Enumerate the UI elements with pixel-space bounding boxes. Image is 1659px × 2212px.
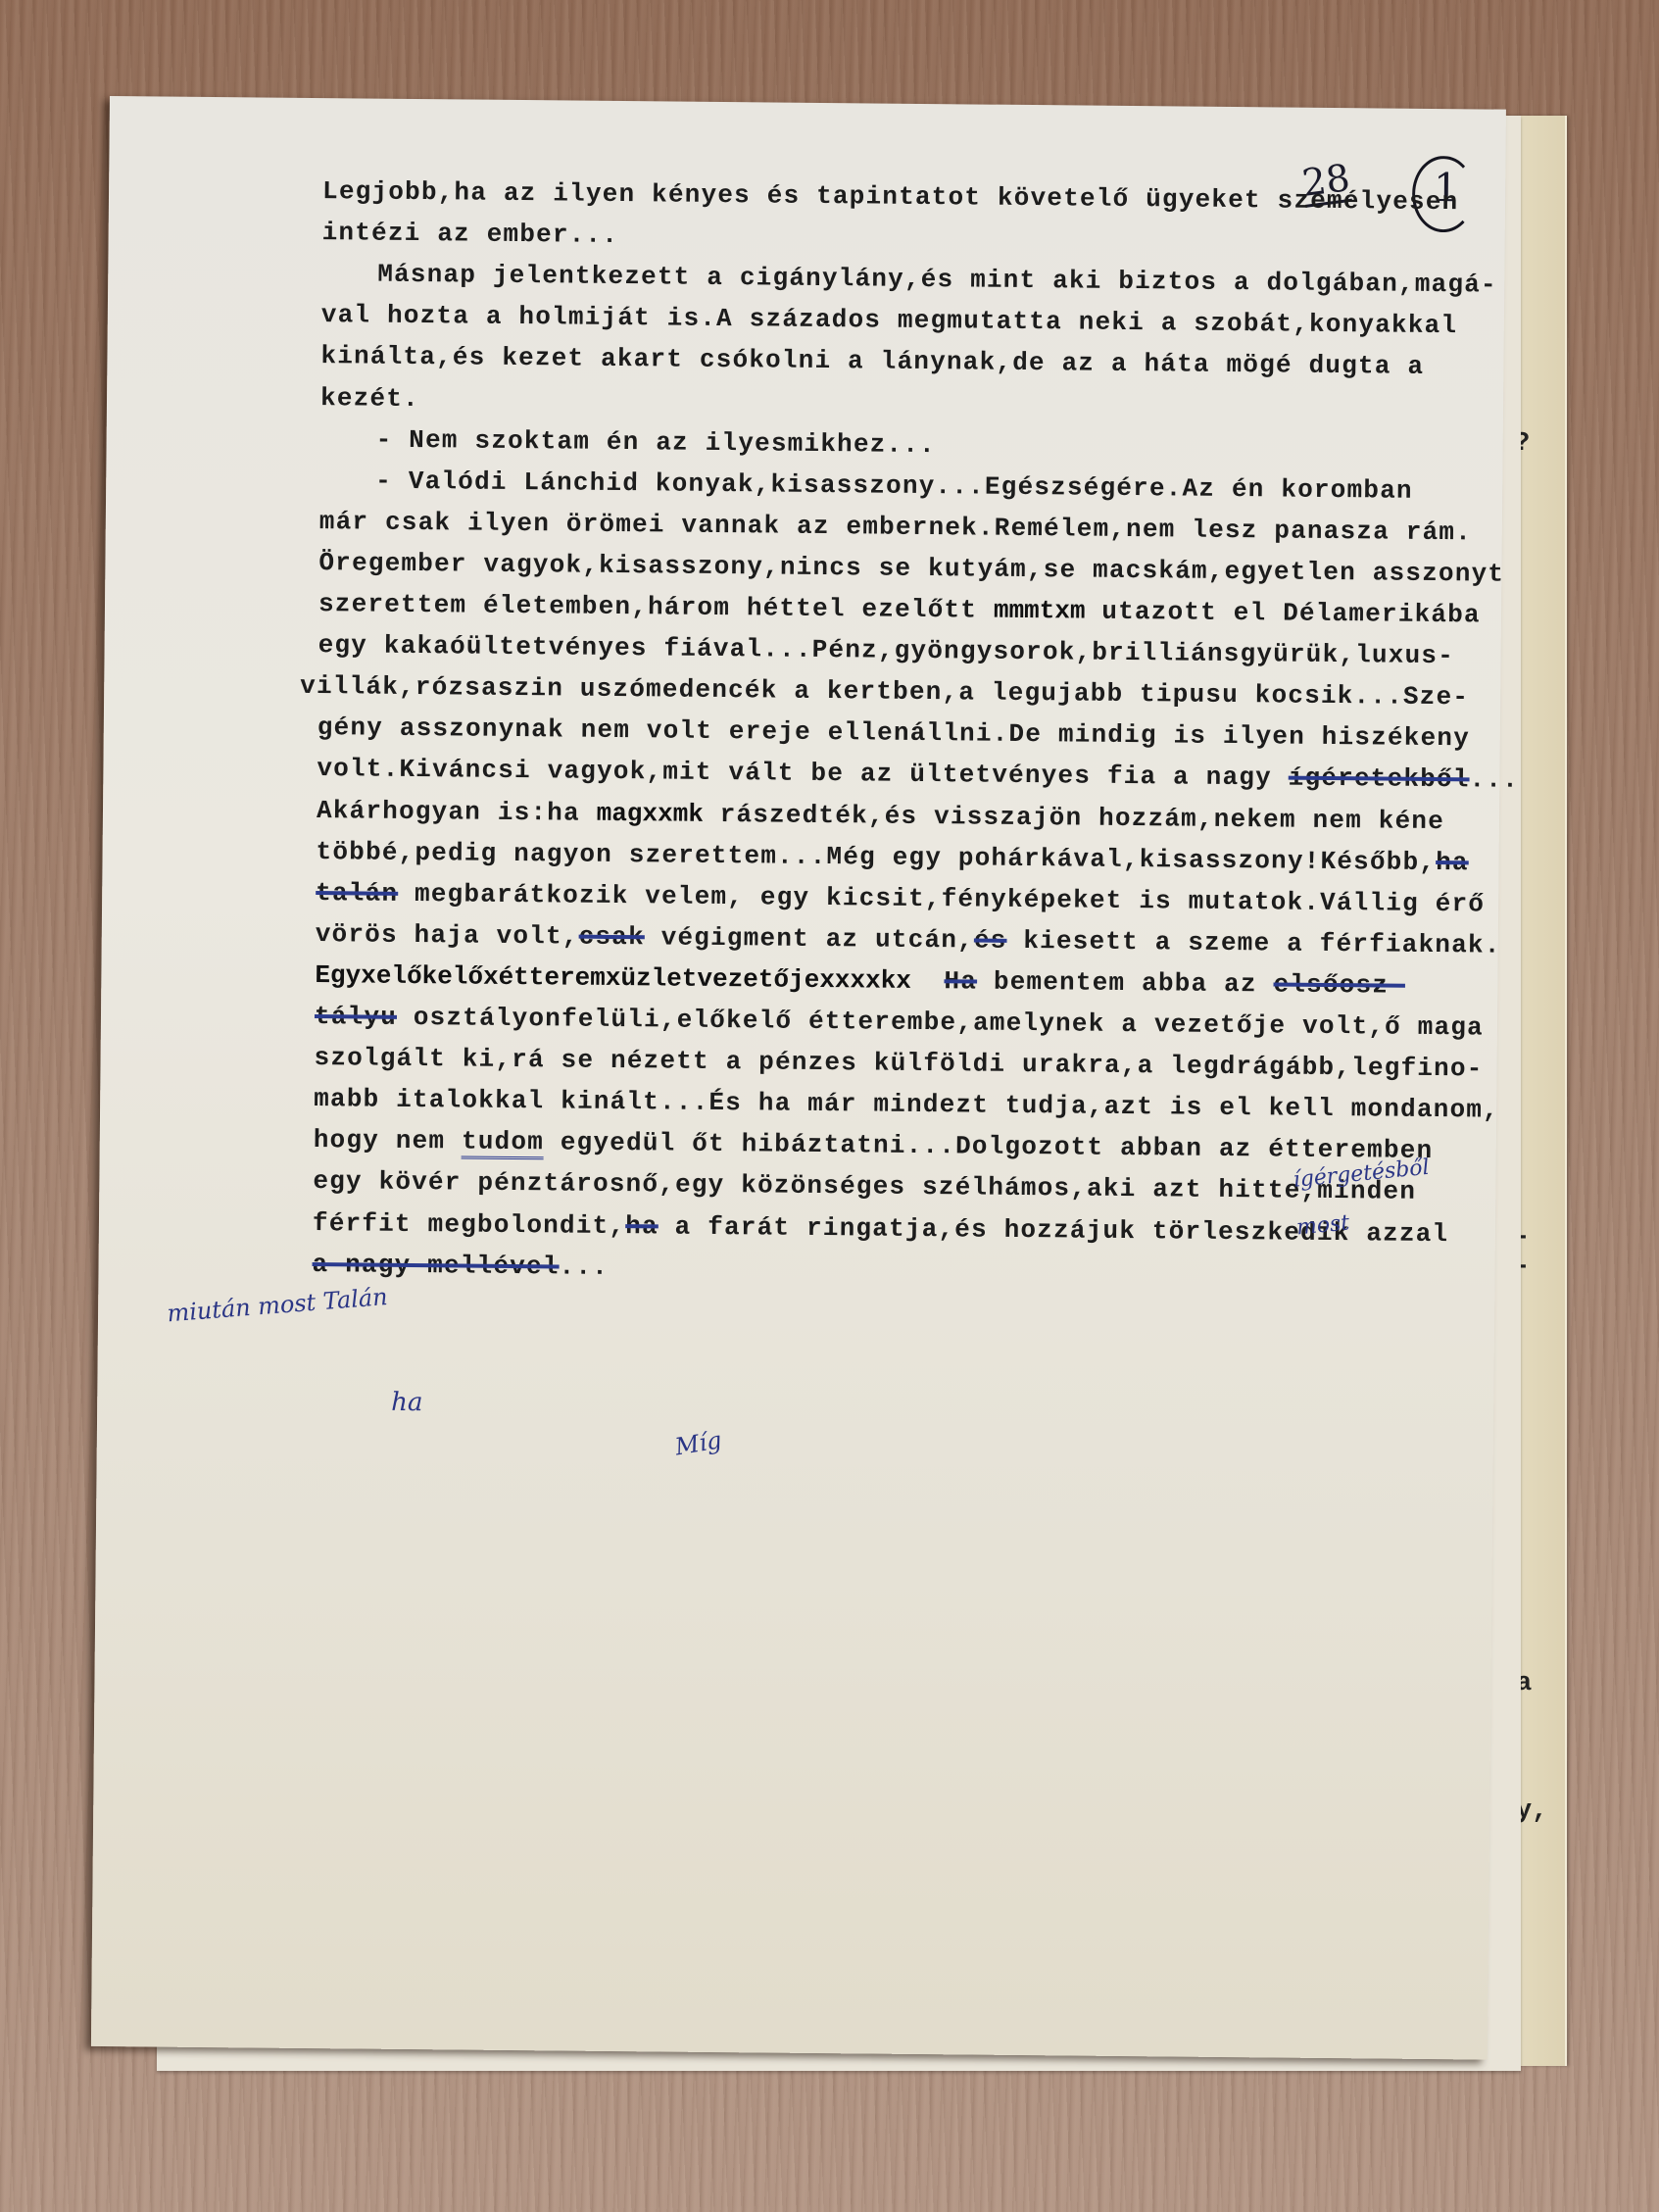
typed-line: Akárhogyan is:ha magxxmk rászedték,és vi… <box>317 796 1444 836</box>
typed-segment: vörös haja volt, <box>316 919 579 952</box>
typed-segment: egyedül őt hibáztatni...Dolgozott abban … <box>544 1128 1434 1166</box>
typed-line: villák,rózsaszin uszómedencék a kertben,… <box>300 671 1469 712</box>
typed-line: - Valódi Lánchid konyak,kisasszony...Egé… <box>375 466 1413 505</box>
typed-segment: Akárhogyan is:ha <box>317 796 597 828</box>
typed-segment: ... <box>1469 765 1519 795</box>
typed-line: - Nem szoktam én az ilyesmikhez... <box>376 424 937 459</box>
typed-line: hogy nem tudom egyedül őt hibáztatni...D… <box>314 1125 1434 1165</box>
typed-segment: kiesett a szeme a férfiaknak. <box>1006 926 1500 960</box>
typed-segment: többé,pedig nagyon szerettem...Még egy p… <box>316 837 1436 877</box>
typed-segment: hogy nem <box>314 1125 463 1155</box>
typed-segment: osztályonfelüli,előkelő étterembe,amelyn… <box>397 1003 1484 1043</box>
typed-line: volt.Kiváncsi vagyok,mit vált be az ülte… <box>317 754 1519 795</box>
struck-text: a nagy mellével <box>312 1250 559 1281</box>
struck-text: és <box>974 925 1007 955</box>
typed-line: talán megbarátkozik velem, egy kicsit,fé… <box>316 878 1485 918</box>
typed-line: vörös haja volt,csak végigment az utcán,… <box>316 919 1501 960</box>
typed-segment: végigment az utcán, <box>645 922 974 955</box>
struck-text: Egyxelőkelőxétteremxüzletvezetőjexxxxkx <box>315 960 911 996</box>
typed-line: mabb italokkal kinált...És ha már mindez… <box>314 1084 1499 1125</box>
handwritten-insertion: most <box>1295 1210 1350 1240</box>
struck-text: ha <box>1436 848 1469 877</box>
typed-line: gény asszonynak nem volt ereje ellenálln… <box>317 713 1470 753</box>
typed-line: többé,pedig nagyon szerettem...Még egy p… <box>316 837 1468 877</box>
struck-text: mmmtxm <box>994 596 1086 626</box>
typed-line: férfit megbolondit,ha a farát ringatja,é… <box>313 1208 1449 1249</box>
handwritten-insertion: miután most Talán <box>166 1283 388 1327</box>
struck-text: magxxmk <box>597 798 705 828</box>
typed-line: Másnap jelentkezett a cigánylány,és mint… <box>377 260 1497 300</box>
handwritten-insertion: ha <box>391 1388 423 1417</box>
typed-line: val hozta a holmiját is.A százados megmu… <box>321 300 1458 340</box>
typed-segment: rászedték,és visszajön hozzám,nekem nem … <box>704 799 1444 835</box>
struck-text: elsőosz- <box>1273 969 1405 1000</box>
typed-text-body: Legjobb,ha az ilyen kényes és tapintatot… <box>110 96 1506 110</box>
typed-segment: megbarátkozik velem, egy kicsit,fényképe… <box>398 879 1485 919</box>
typed-line: kezét. <box>320 383 419 414</box>
struck-text: Ha <box>944 966 977 996</box>
typed-segment: bementem abba az <box>977 966 1274 999</box>
typed-segment: utazott el Délamerikába <box>1085 597 1481 630</box>
struck-text: talán <box>316 878 398 909</box>
underlined-word: tudom <box>462 1127 544 1160</box>
typed-segment: szerettem életemben,három héttel ezelőtt <box>318 589 994 625</box>
typed-line: Öregember vagyok,kisasszony,nincs se kut… <box>318 548 1504 589</box>
typed-line: Legjobb,ha az ilyen kényes és tapintatot… <box>322 176 1459 217</box>
typed-line: intézi az ember... <box>322 218 619 250</box>
typed-line: tályu osztályonfelüli,előkelő étterembe,… <box>315 1002 1484 1042</box>
manuscript-page: 28 1 Legjobb,ha az ilyen kényes és tapin… <box>91 96 1506 2060</box>
typed-line: már csak ilyen örömei vannak az embernek… <box>319 507 1472 547</box>
typed-segment: férfit megbolondit, <box>313 1208 626 1241</box>
typed-line: kinálta,és kezet akart csókolni a lányna… <box>320 341 1424 381</box>
typed-line: egy kövér pénztárosnő,egy közönséges szé… <box>313 1166 1416 1206</box>
typed-segment: volt.Kiváncsi vagyok,mit vált be az ülte… <box>317 754 1289 793</box>
struck-text: tályu <box>315 1002 397 1032</box>
struck-text: ha <box>625 1211 659 1241</box>
struck-text: ígéretekből <box>1289 763 1470 795</box>
handwritten-insertion: Míg <box>673 1426 724 1460</box>
typed-segment: ... <box>559 1252 609 1281</box>
typed-line: Egyxelőkelőxétteremxüzletvezetőjexxxxkx … <box>315 960 1405 1001</box>
typed-line: a nagy mellével... <box>312 1250 609 1282</box>
typed-line: szerettem életemben,három héttel ezelőtt… <box>318 589 1481 629</box>
typed-segment <box>911 966 945 996</box>
struck-text: csak <box>578 921 645 952</box>
typed-line: egy kakaóültetvényes fiával...Pénz,gyöng… <box>317 630 1454 670</box>
typed-line: szolgált ki,rá se nézett a pénzes külföl… <box>314 1043 1483 1083</box>
